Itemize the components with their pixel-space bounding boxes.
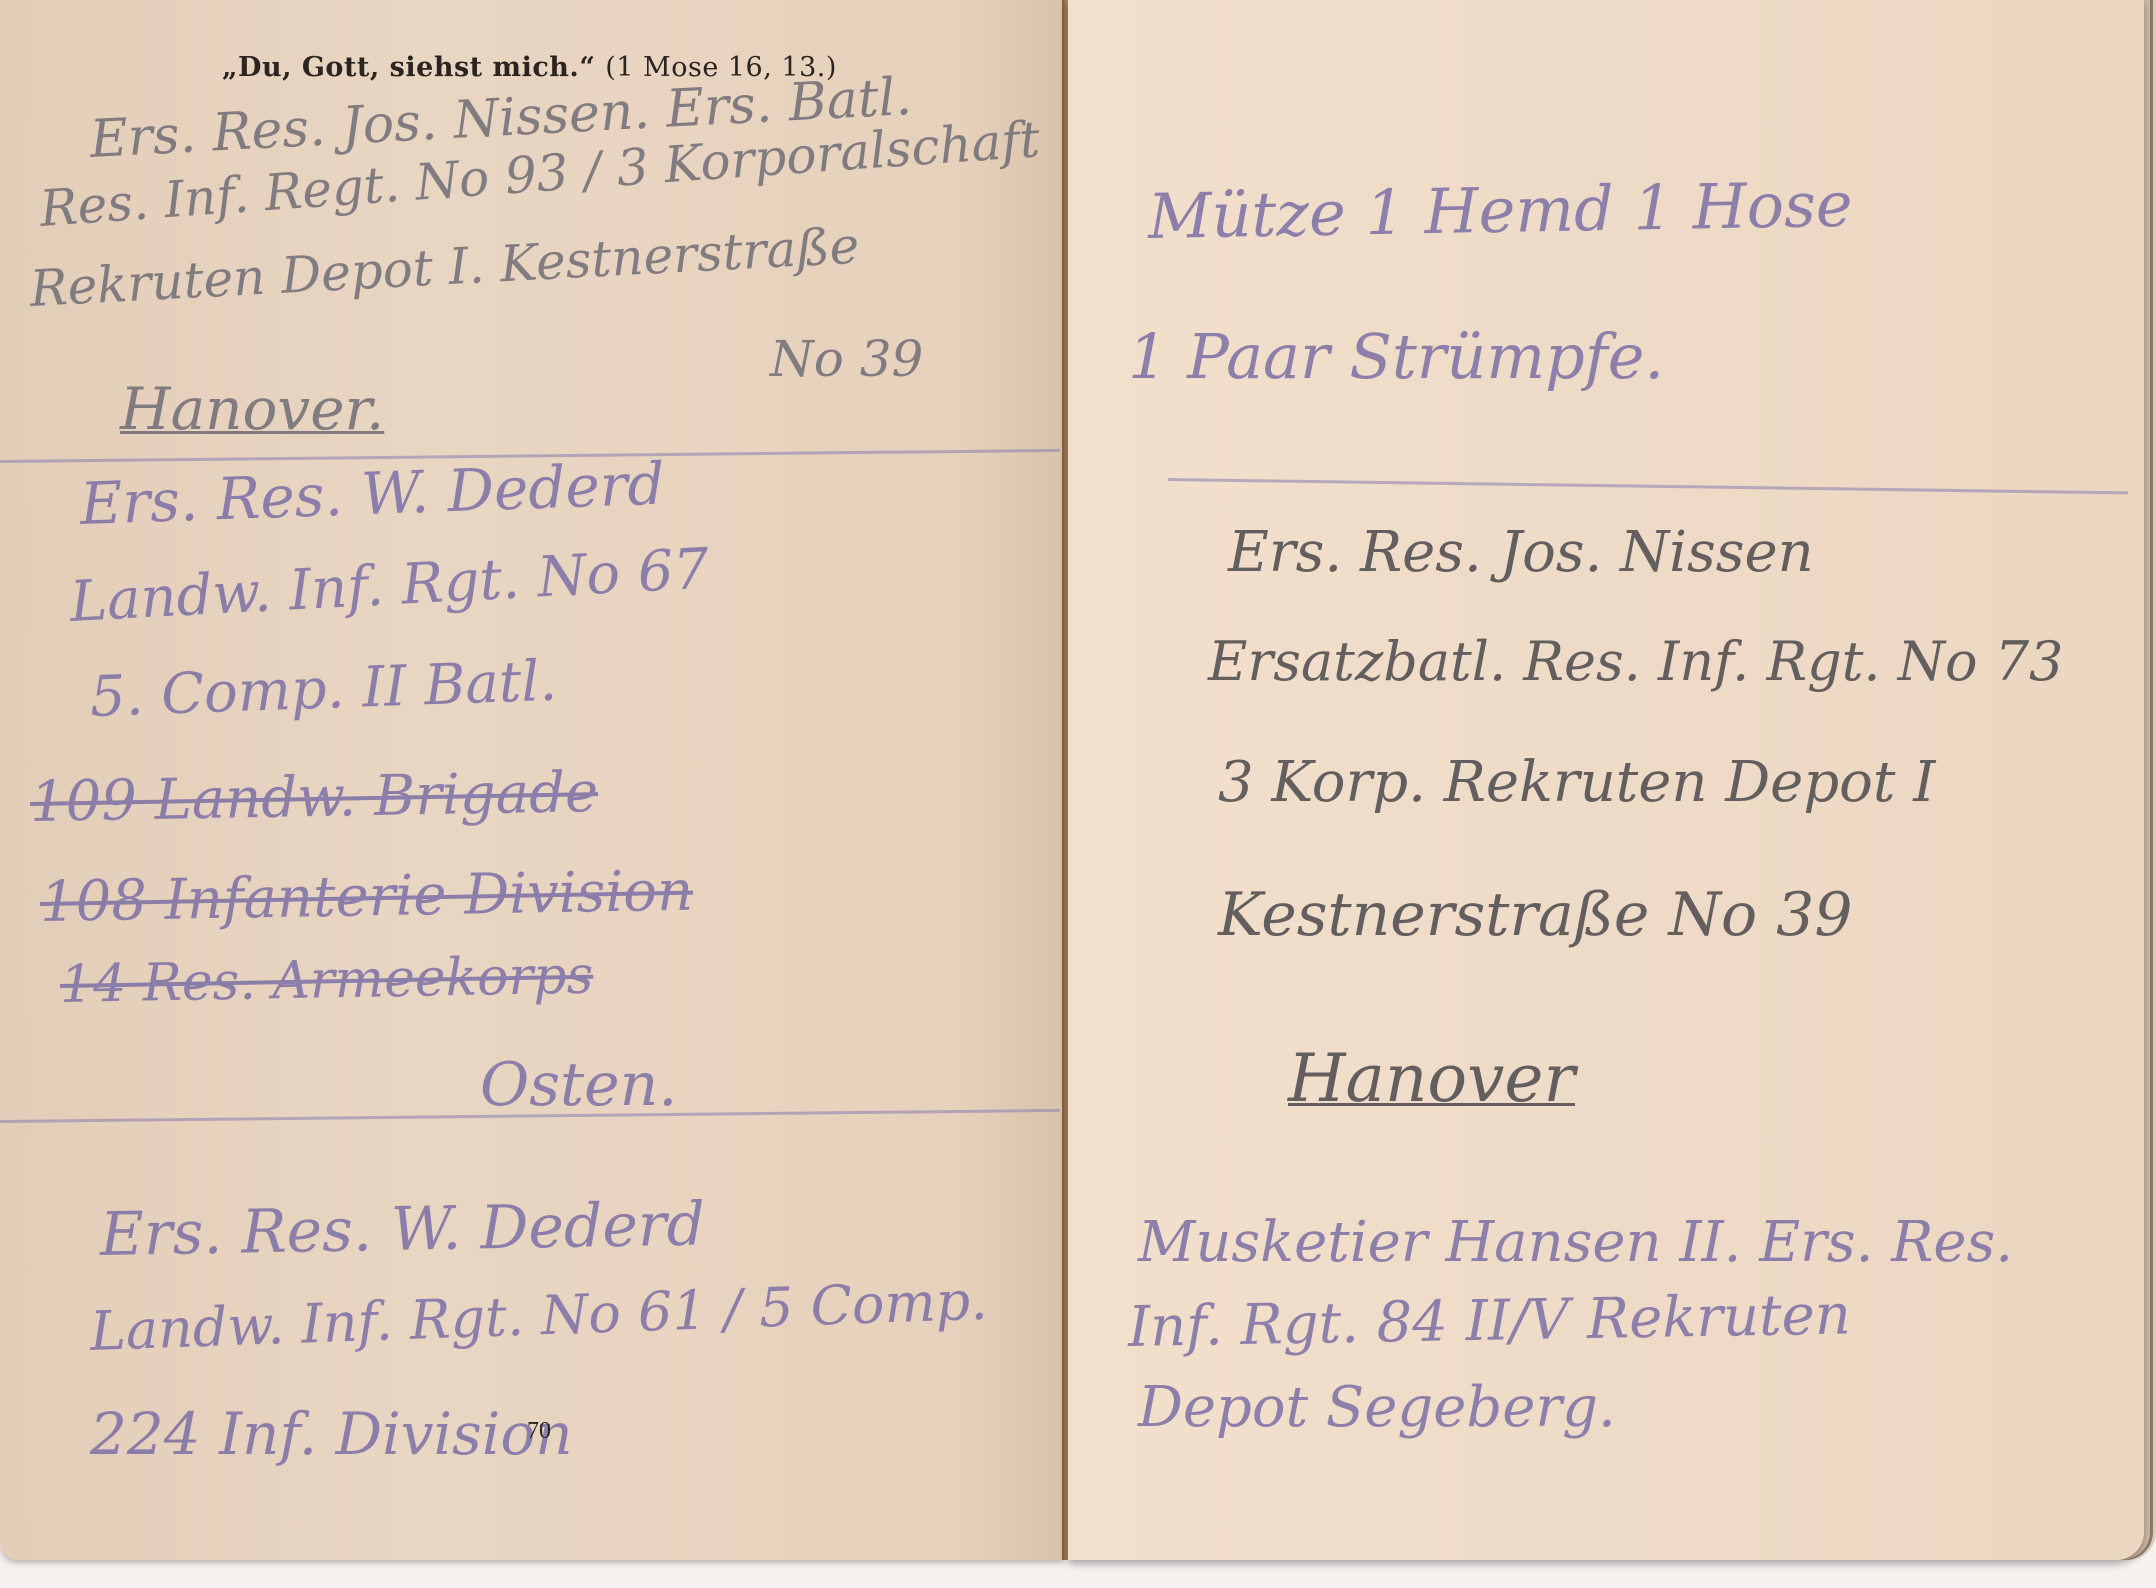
handwritten-line: Depot Segeberg. — [1138, 1375, 1616, 1440]
open-notebook: „Du, Gott, siehst mich.“ (1 Mose 16, 13.… — [0, 0, 2150, 1565]
right-page: „Sei getrost und unverzagt und harre des… — [1068, 0, 2144, 1560]
handwritten-line: 224 Inf. Division — [90, 1400, 573, 1468]
handwritten-line: Ers. Res. W. Dederd — [99, 1189, 705, 1270]
left-page: „Du, Gott, siehst mich.“ (1 Mose 16, 13.… — [0, 0, 1064, 1560]
handwritten-line: Hanover. — [120, 375, 384, 443]
handwritten-line: No 39 — [770, 330, 923, 388]
page-number: 70 — [527, 1418, 551, 1445]
handwritten-line: Mütze 1 Hemd 1 Hose — [1147, 168, 1853, 253]
handwritten-line: Rekruten Depot I. Kestnerstraße — [28, 217, 860, 318]
handwritten-line-struck: 108 Infanterie Division — [39, 859, 693, 935]
divider-line — [1168, 478, 2128, 494]
handwritten-line: Hanover — [1288, 1040, 1575, 1117]
handwritten-line: 3 Korp. Rekruten Depot I — [1218, 750, 1935, 815]
handwritten-line: Ersatzbatl. Res. Inf. Rgt. No 73 — [1208, 630, 2063, 693]
handwritten-line: Osten. — [480, 1050, 677, 1120]
handwritten-line-struck: 109 Landw. Brigade — [29, 760, 598, 835]
handwritten-line: 1 Paar Strümpfe. — [1128, 320, 1664, 393]
handwritten-line: Landw. Inf. Rgt. No 61 / 5 Comp. — [89, 1269, 988, 1363]
handwritten-line: Ers. Res. W. Dederd — [79, 450, 666, 538]
handwritten-line: Ers. Res. Jos. Nissen — [1228, 520, 1814, 585]
handwritten-line: Inf. Rgt. 84 II/V Rekruten — [1127, 1282, 1851, 1360]
verse-text: „Du, Gott, siehst mich.“ — [222, 52, 595, 83]
handwritten-line-struck: 14 Res. Armeekorps — [59, 946, 593, 1015]
handwritten-line: 5. Comp. II Batl. — [89, 649, 558, 730]
handwritten-line: Kestnerstraße No 39 — [1218, 880, 1853, 950]
handwritten-line: Landw. Inf. Rgt. No 67 — [68, 537, 710, 635]
handwritten-line: Musketier Hansen II. Ers. Res. — [1138, 1210, 2013, 1275]
